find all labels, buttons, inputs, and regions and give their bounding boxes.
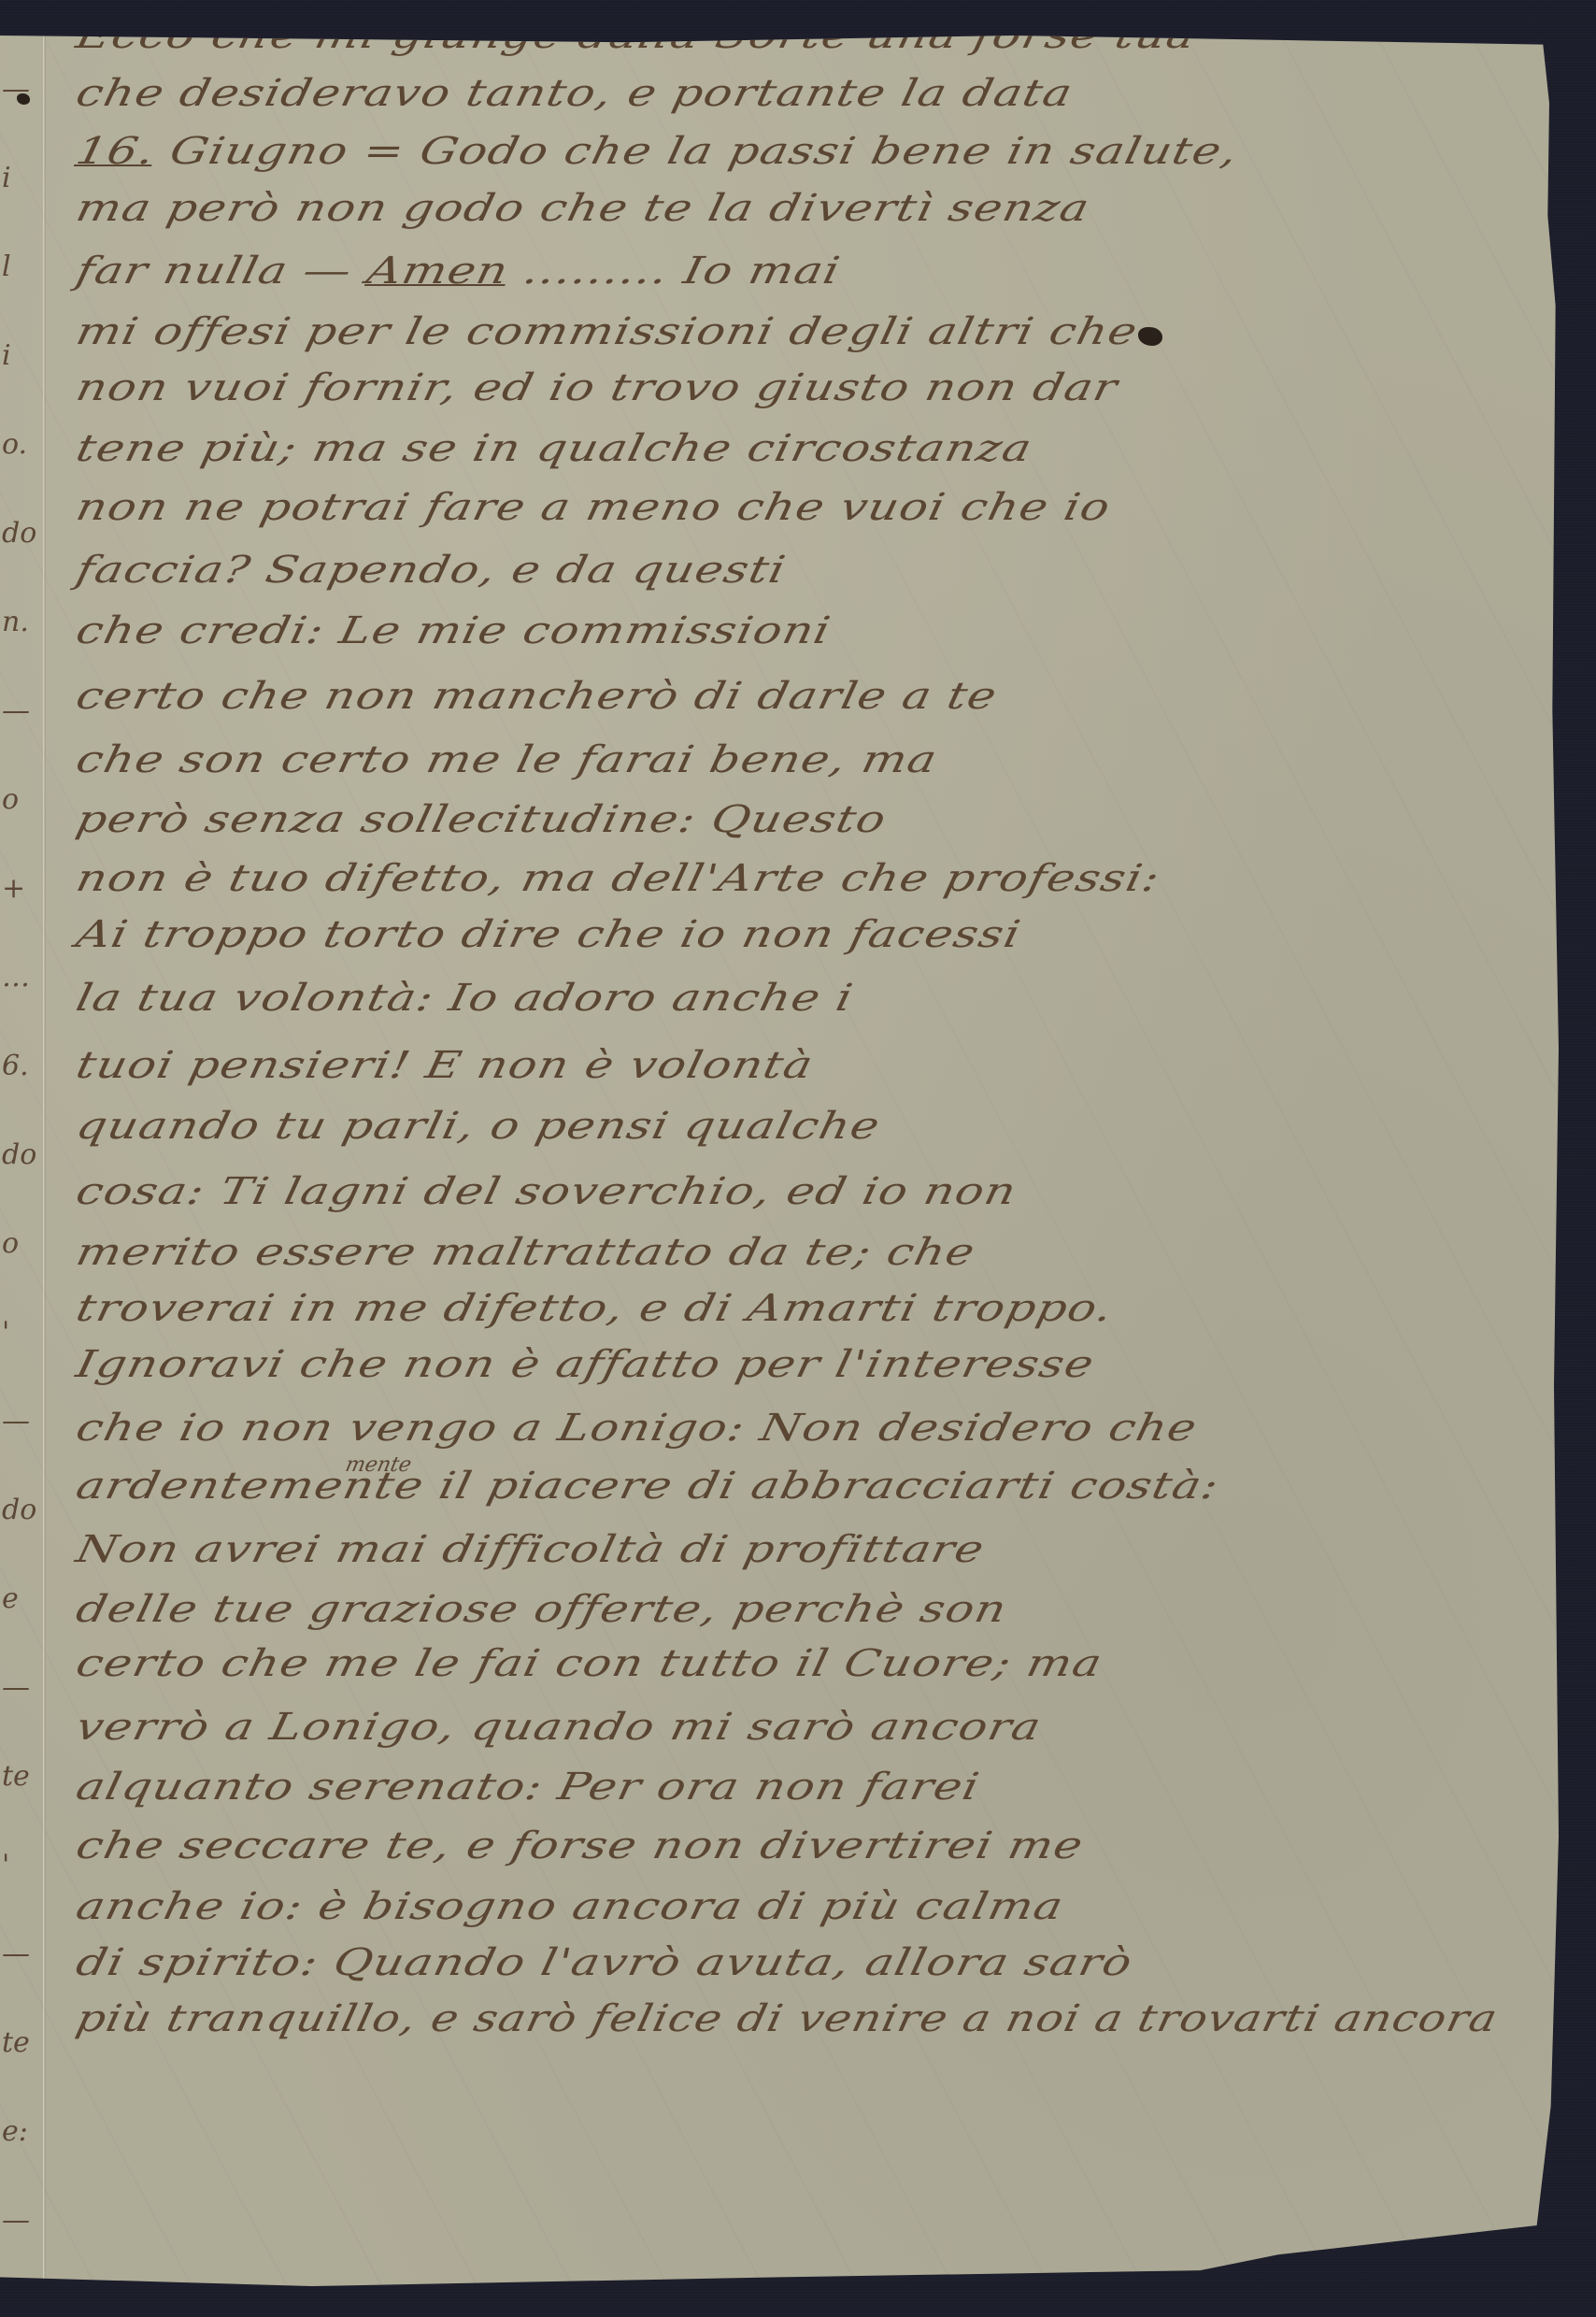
handwritten-line: troverai in me difetto, e di Amarti trop… <box>73 1290 1117 1327</box>
ink-blot <box>1138 327 1162 346</box>
handwritten-line: non vuoi fornir, ed io trovo giusto non … <box>73 369 1121 407</box>
facing-page-fragment-text: — <box>2 1938 30 1970</box>
handwritten-line: delle tue graziose offerte, perchè son <box>73 1591 1010 1628</box>
facing-page-fragment-text: — <box>2 1405 30 1437</box>
handwritten-line: che desideravo tanto, e portante la data <box>73 75 1076 112</box>
handwritten-line: la tua volontà: Io adoro anche i <box>73 980 857 1017</box>
facing-page-fragment-text: + <box>2 872 25 905</box>
handwritten-line: certo che me le fai con tutto il Cuore; … <box>73 1645 1105 1682</box>
handwritten-line: verrò a Lonigo, quando mi sarò ancora <box>73 1709 1045 1746</box>
underlined-word: 16. <box>72 130 159 173</box>
facing-page-fragment-text: e: <box>2 2115 28 2148</box>
handwritten-line: non ne potrai fare a meno che vuoi che i… <box>73 489 1114 526</box>
facing-page-fragment-text: ' <box>2 1849 9 1881</box>
handwritten-line: 16. Giugno = Godo che la passi bene in s… <box>73 133 1242 170</box>
facing-page-fragment-text: do <box>2 517 36 550</box>
handwritten-line: però senza sollecitudine: Questo <box>73 801 890 838</box>
facing-page-fragment-text: o <box>2 1227 19 1260</box>
handwritten-line: tuoi pensieri! E non è volontà <box>73 1047 817 1084</box>
handwritten-line: far nulla — Amen ......... Io mai <box>73 252 844 290</box>
handwritten-line: ardentemente il piacere di abbracciarti … <box>73 1467 1222 1505</box>
underlined-word: Amen <box>363 250 512 293</box>
handwritten-line: faccia? Sapendo, e da questi <box>73 551 790 589</box>
facing-page-fragment-text: do <box>2 1494 36 1526</box>
facing-page-fragment-text: 6. <box>2 1050 29 1082</box>
handwritten-line: tene più; ma se in qualche circostanza <box>73 430 1035 467</box>
handwritten-line: che credi: Le mie commissioni <box>73 612 834 650</box>
facing-page-fragment-text: — <box>2 1671 30 1704</box>
facing-page-fragment-text: te <box>2 1760 30 1793</box>
handwritten-line: certo che non mancherò di darle a te <box>73 678 1001 715</box>
handwritten-line: ma però non godo che te la divertì senza <box>73 190 1093 227</box>
facing-page-fragment-text: n. <box>2 606 29 638</box>
handwritten-line: mi offesi per le commissioni degli altri… <box>73 313 1141 350</box>
handwritten-line: cosa: Ti lagni del soverchio, ed io non <box>73 1173 1020 1210</box>
handwritten-line: non è tuo difetto, ma dell'Arte che prof… <box>73 860 1163 897</box>
facing-page-fragment-text: i <box>2 162 11 194</box>
handwritten-line: di spirito: Quando l'avrò avuta, allora … <box>73 1944 1136 1981</box>
facing-page-fragment-text: … <box>2 961 30 994</box>
interlinear-insertion: mente <box>343 1453 413 1477</box>
facing-page-fragment-text: ' <box>2 1316 9 1349</box>
handwritten-line: alquanto serenato: Per ora non farei <box>73 1768 983 1806</box>
handwritten-line: che io non vengo a Lonigo: Non desidero … <box>73 1409 1201 1447</box>
facing-page-fragment-text: — <box>2 694 30 727</box>
handwritten-line: anche io: è bisogno ancora di più calma <box>73 1888 1067 1925</box>
handwritten-line: Non avrei mai difficoltà di profittare <box>73 1531 988 1568</box>
handwritten-line: che son certo me le farai bene, ma <box>73 741 941 779</box>
facing-page-fragment-text: i <box>2 339 11 372</box>
facing-page-fragment: —ilio.don.—o+…6.doo'—doe—te'—tee:— <box>0 36 43 2286</box>
facing-page-fragment-text: — <box>2 2204 30 2237</box>
handwritten-line: che seccare te, e forse non divertirei m… <box>73 1827 1087 1865</box>
handwritten-line: quando tu parli, o pensi qualche <box>73 1108 884 1145</box>
letter-sheet: —ilio.don.—o+…6.doo'—doe—te'—tee:— Ecco … <box>0 36 1559 2286</box>
handwritten-line: Ignoravi che non è affatto per l'interes… <box>73 1346 1098 1383</box>
facing-page-fragment-text: l <box>2 250 11 283</box>
handwritten-line: più tranquillo, e sarò felice di venire … <box>73 2000 1502 2038</box>
ink-blot-margin <box>17 93 30 105</box>
handwritten-line: merito essere maltrattato da te; che <box>73 1234 978 1271</box>
facing-page-fragment-text: e <box>2 1582 19 1615</box>
facing-page-fragment-text: do <box>2 1138 36 1171</box>
facing-page-fragment-text: o. <box>2 428 27 461</box>
page-fold <box>43 36 46 2286</box>
facing-page-fragment-text: o <box>2 783 19 816</box>
facing-page-fragment-text: te <box>2 2026 30 2059</box>
handwritten-line: Ai troppo torto dire che io non facessi <box>73 916 1024 953</box>
